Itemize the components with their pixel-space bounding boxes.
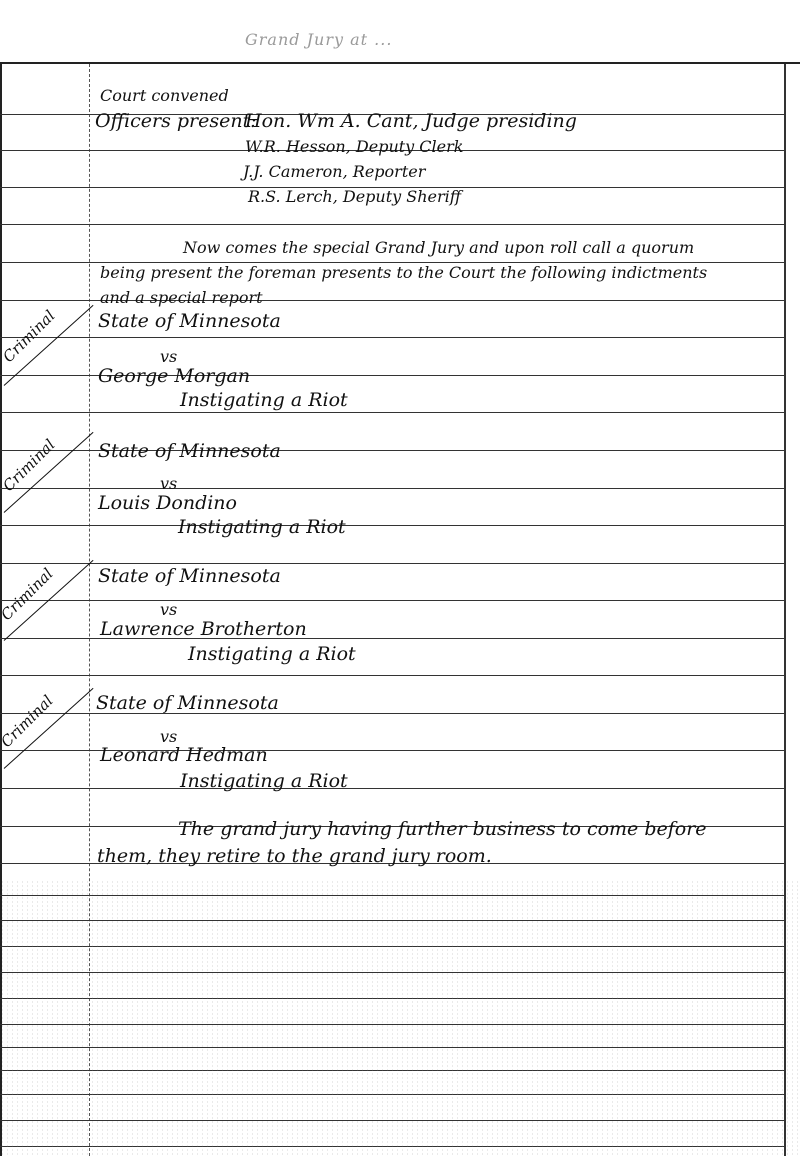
closing-line: them, they retire to the grand jury room… bbox=[97, 845, 492, 867]
case-state: State of Minnesota bbox=[96, 692, 279, 714]
case-charge: Instigating a Riot bbox=[178, 516, 346, 538]
officer-sheriff: R.S. Lerch, Deputy Sheriff bbox=[248, 187, 461, 206]
officers-label: Officers present: bbox=[95, 110, 257, 132]
case-defendant: Lawrence Brotherton bbox=[100, 618, 307, 640]
ruled-line bbox=[0, 600, 784, 601]
ledger-page: Grand Jury at ... Court convened Officer… bbox=[0, 0, 800, 1156]
paper-grain bbox=[0, 880, 800, 1156]
court-convened: Court convened bbox=[100, 86, 229, 105]
ruled-line bbox=[0, 525, 784, 526]
case-charge: Instigating a Riot bbox=[180, 389, 348, 411]
case-defendant: Leonard Hedman bbox=[100, 744, 268, 766]
ruled-line bbox=[0, 675, 784, 676]
case-vs: vs bbox=[160, 347, 177, 366]
ruled-line bbox=[0, 224, 784, 225]
ruled-line bbox=[0, 412, 784, 413]
margin-note-criminal: Criminal bbox=[0, 436, 59, 495]
officer-reporter: J.J. Cameron, Reporter bbox=[243, 162, 425, 181]
margin-note-criminal: Criminal bbox=[0, 565, 57, 624]
ruled-line bbox=[0, 563, 784, 564]
case-vs: vs bbox=[160, 474, 177, 493]
officer-judge: Hon. Wm A. Cant, Judge presiding bbox=[245, 110, 577, 132]
ruled-line bbox=[0, 488, 784, 489]
case-defendant: George Morgan bbox=[98, 365, 250, 387]
paragraph-line: being present the foreman presents to th… bbox=[100, 263, 707, 282]
paragraph-line: Now comes the special Grand Jury and upo… bbox=[183, 238, 694, 257]
margin-note-criminal: Criminal bbox=[0, 692, 57, 751]
ruled-line bbox=[0, 337, 784, 338]
case-vs: vs bbox=[160, 600, 177, 619]
case-charge: Instigating a Riot bbox=[180, 770, 348, 792]
officer-clerk: W.R. Hesson, Deputy Clerk bbox=[245, 137, 463, 156]
ruled-line bbox=[0, 788, 784, 789]
case-state: State of Minnesota bbox=[98, 310, 281, 332]
case-state: State of Minnesota bbox=[98, 565, 281, 587]
closing-line: The grand jury having further business t… bbox=[178, 818, 707, 840]
case-state: State of Minnesota bbox=[98, 440, 281, 462]
case-charge: Instigating a Riot bbox=[188, 643, 356, 665]
paragraph-line: and a special report bbox=[100, 288, 263, 307]
top-border bbox=[0, 62, 800, 64]
case-defendant: Louis Dondino bbox=[98, 492, 237, 514]
header-note: Grand Jury at ... bbox=[245, 30, 392, 49]
